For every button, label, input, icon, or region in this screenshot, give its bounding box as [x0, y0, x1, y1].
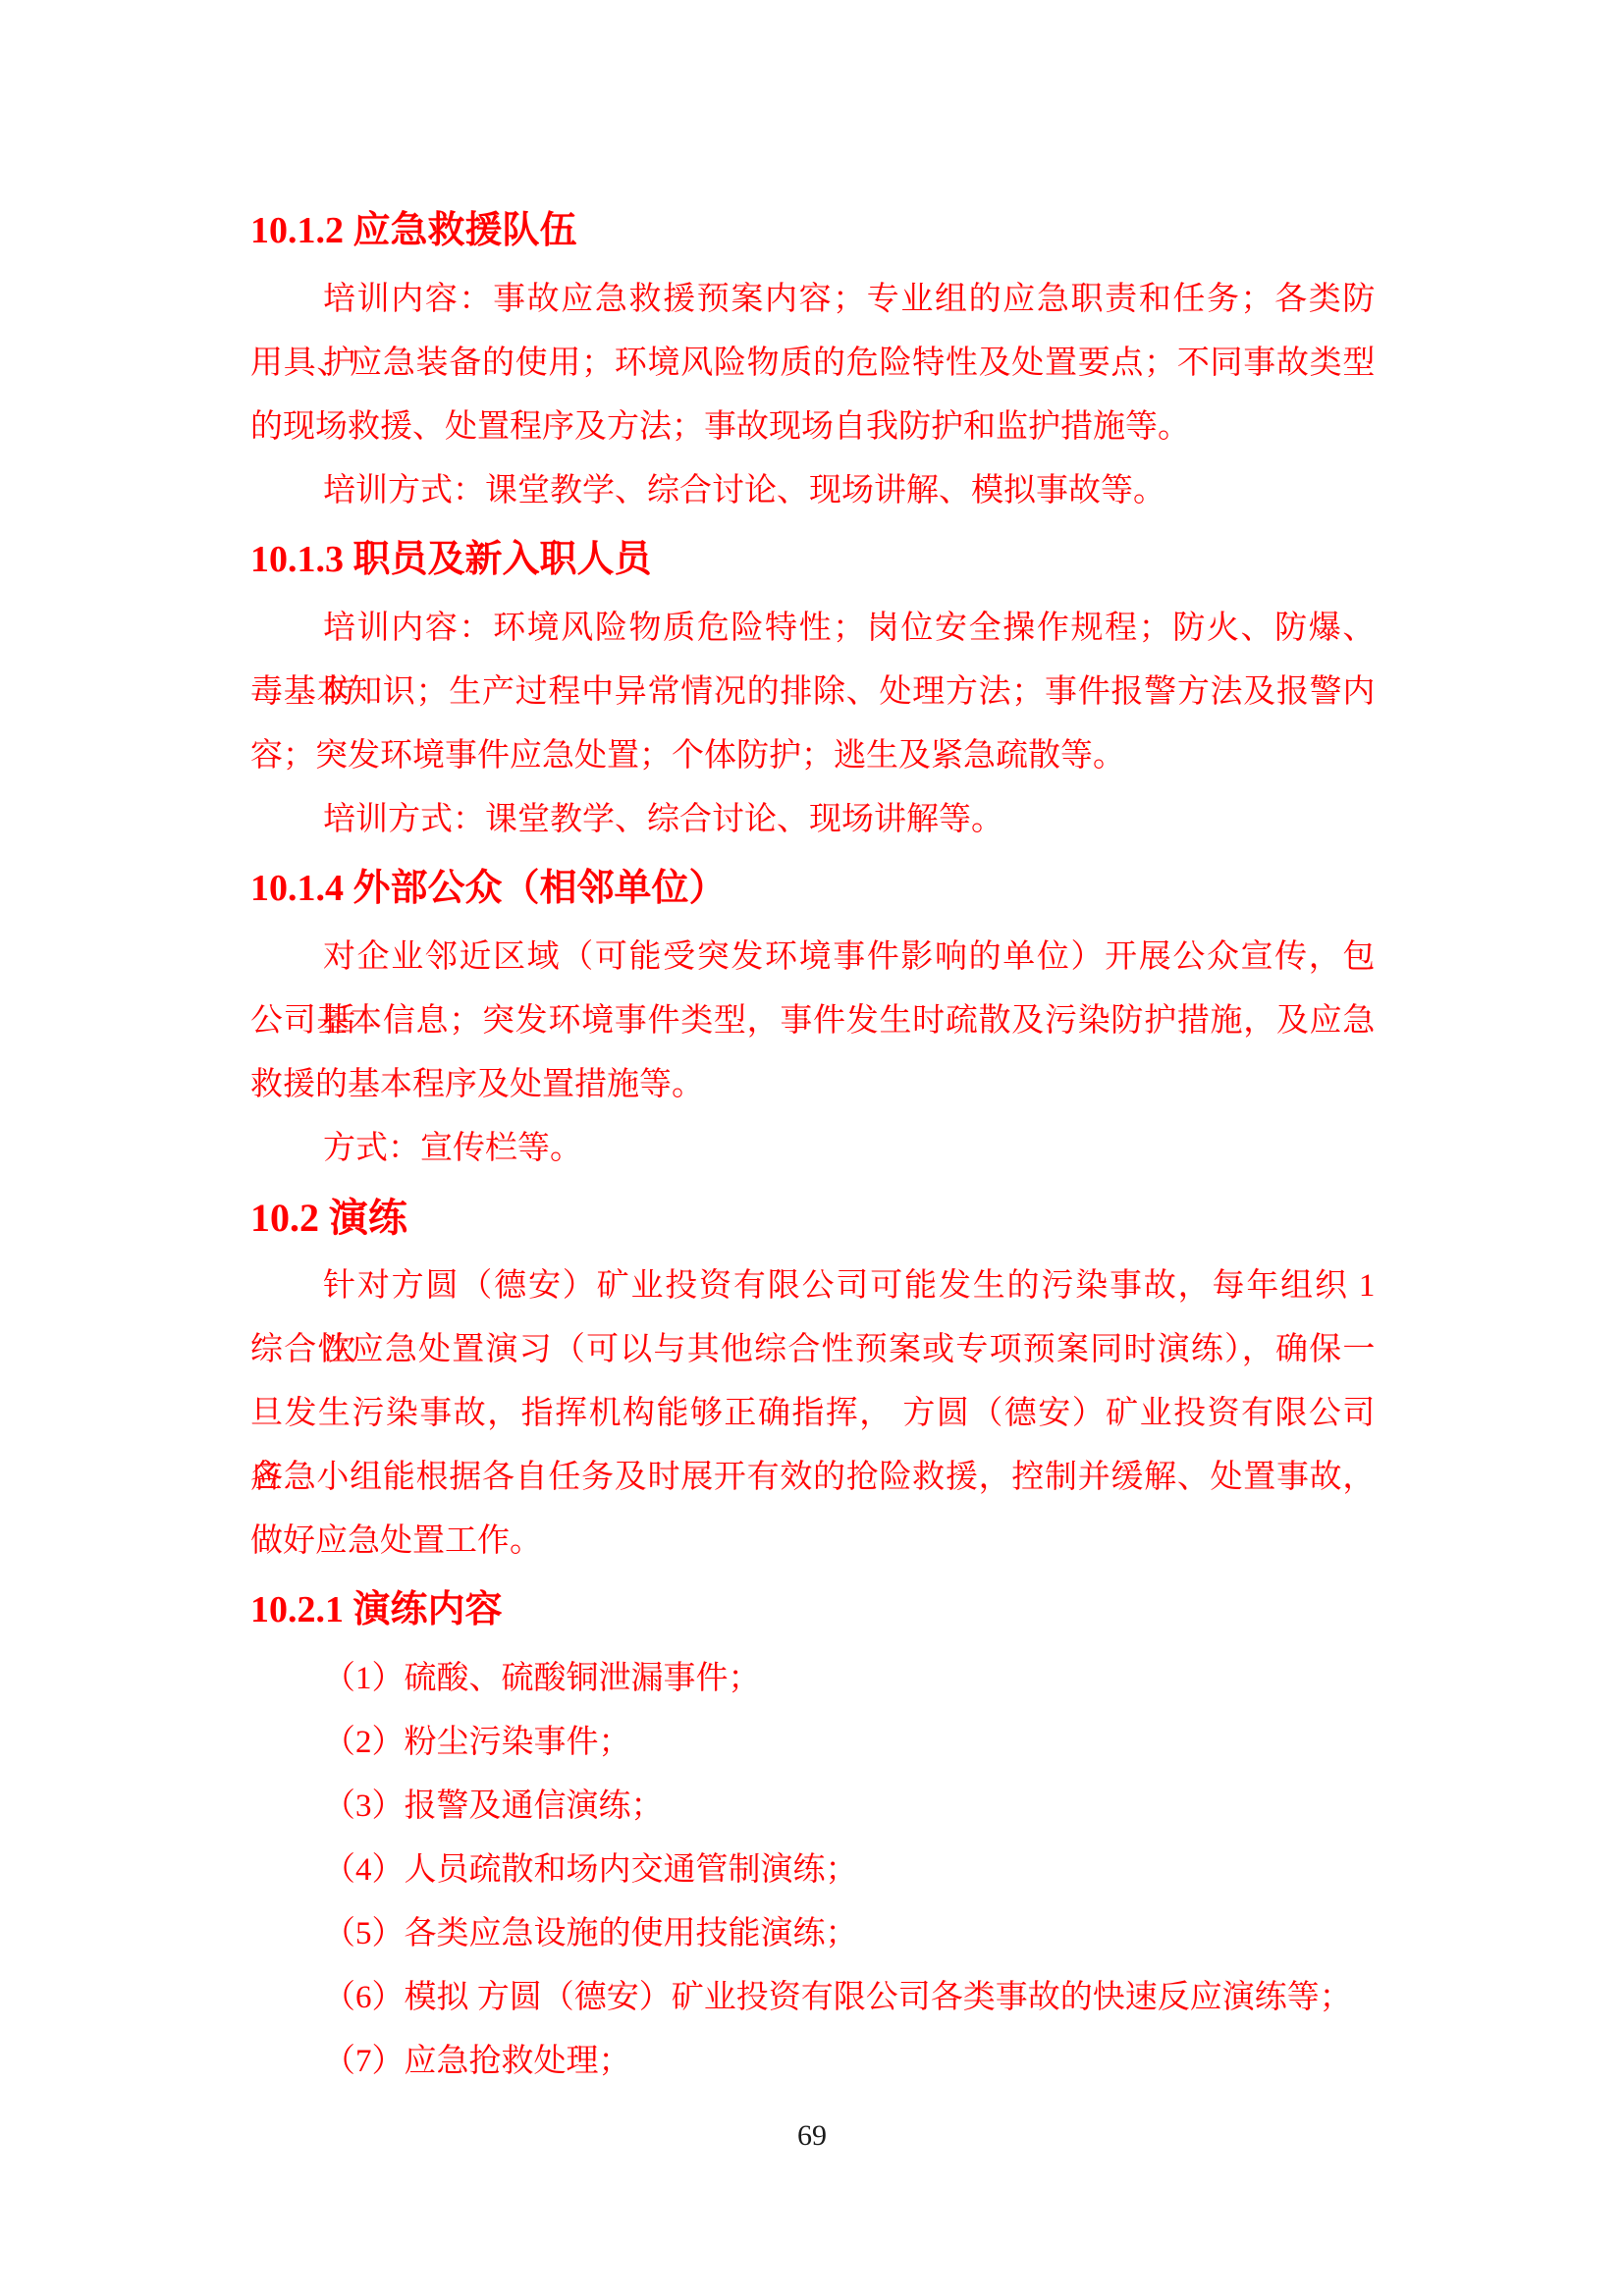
- paragraph-line: 用具、应急装备的使用；环境风险物质的危险特性及处置要点；不同事故类型: [250, 332, 1376, 396]
- paragraph-line: 综合性应急处置演习（可以与其他综合性预案或专项预案同时演练），确保一: [250, 1318, 1376, 1382]
- list-item-1: （1）硫酸、硫酸铜泄漏事件；: [250, 1647, 1376, 1711]
- paragraph-line: 的现场救援、处置程序及方法；事故现场自我防护和监护措施等。: [250, 396, 1376, 459]
- paragraph-line: 毒基本知识；生产过程中异常情况的排除、处理方法；事件报警方法及报警内: [250, 661, 1376, 724]
- heading-10-1-2: 10.1.2 应急救援队伍: [250, 194, 1376, 268]
- list-item-2: （2）粉尘污染事件；: [250, 1711, 1376, 1775]
- paragraph-line: 旦发生污染事故，指挥机构能够正确指挥， 方圆（德安）矿业投资有限公司各: [250, 1382, 1376, 1446]
- paragraph-line: 针对方圆（德安）矿业投资有限公司可能发生的污染事故，每年组织 1 次: [250, 1255, 1376, 1318]
- paragraph-line: 培训内容：环境风险物质危险特性；岗位安全操作规程；防火、防爆、防: [250, 597, 1376, 661]
- page-number: 69: [0, 2118, 1624, 2154]
- paragraph-line: 做好应急处置工作。: [250, 1510, 1376, 1574]
- paragraph-line: 应急小组能根据各自任务及时展开有效的抢险救援，控制并缓解、处置事故，: [250, 1446, 1376, 1510]
- paragraph-line: 救援的基本程序及处置措施等。: [250, 1053, 1376, 1117]
- paragraph-line: 培训内容：事故应急救援预案内容；专业组的应急职责和任务；各类防护: [250, 268, 1376, 332]
- paragraph-line: 公司基本信息；突发环境事件类型，事件发生时疏散及污染防护措施，及应急: [250, 989, 1376, 1053]
- paragraph-line: 培训方式：课堂教学、综合讨论、现场讲解、模拟事故等。: [250, 459, 1376, 523]
- heading-10-2-1: 10.2.1 演练内容: [250, 1574, 1376, 1647]
- heading-10-1-3: 10.1.3 职员及新入职人员: [250, 523, 1376, 597]
- document-body: 10.1.2 应急救援队伍 培训内容：事故应急救援预案内容；专业组的应急职责和任…: [250, 194, 1376, 2094]
- list-item-3: （3）报警及通信演练；: [250, 1775, 1376, 1839]
- paragraph-line: 容；突发环境事件应急处置；个体防护；逃生及紧急疏散等。: [250, 724, 1376, 788]
- list-item-6: （6）模拟 方圆（德安）矿业投资有限公司各类事故的快速反应演练等；: [250, 1966, 1376, 2030]
- paragraph-line: 方式：宣传栏等。: [250, 1117, 1376, 1181]
- heading-10-2: 10.2 演练: [250, 1181, 1376, 1255]
- document-page: 10.1.2 应急救援队伍 培训内容：事故应急救援预案内容；专业组的应急职责和任…: [0, 0, 1624, 2296]
- paragraph-line: 对企业邻近区域（可能受突发环境事件影响的单位）开展公众宣传，包括: [250, 926, 1376, 989]
- paragraph-line: 培训方式：课堂教学、综合讨论、现场讲解等。: [250, 788, 1376, 852]
- list-item-4: （4）人员疏散和场内交通管制演练；: [250, 1839, 1376, 1902]
- heading-10-1-4: 10.1.4 外部公众（相邻单位）: [250, 852, 1376, 926]
- list-item-7: （7）应急抢救处理；: [250, 2030, 1376, 2094]
- list-item-5: （5）各类应急设施的使用技能演练；: [250, 1902, 1376, 1966]
